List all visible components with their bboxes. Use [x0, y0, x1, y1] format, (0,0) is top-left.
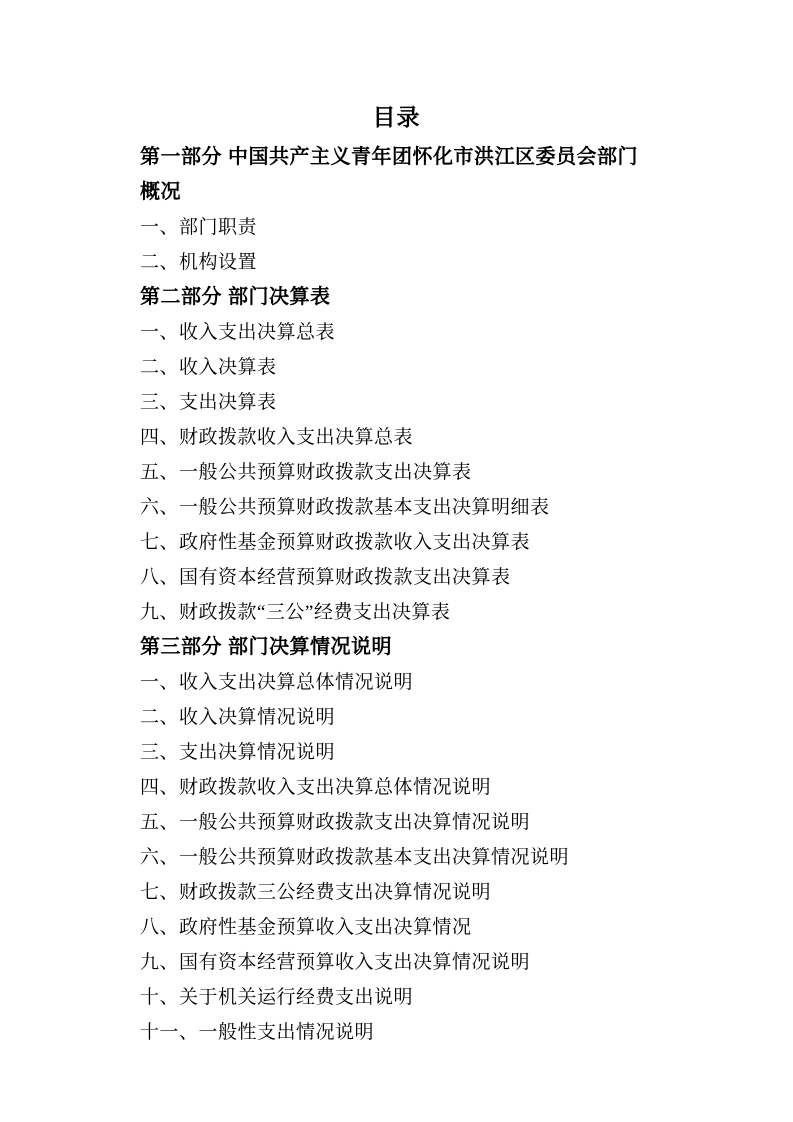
toc-section-overview: 第一部分 中国共产主义青年团怀化市洪江区委员会部门概况 一、部门职责 二、机构设… [140, 140, 653, 280]
toc-item: 一、部门职责 [140, 210, 653, 245]
toc-item: 一、收入支出决算总体情况说明 [140, 665, 653, 700]
toc-item: 二、收入决算表 [140, 350, 653, 385]
section-heading-part1: 第一部分 中国共产主义青年团怀化市洪江区委员会部门概况 [140, 140, 653, 210]
toc-item: 一、收入支出决算总表 [140, 315, 653, 350]
document-page: 目录 第一部分 中国共产主义青年团怀化市洪江区委员会部门概况 一、部门职责 二、… [0, 0, 793, 1122]
toc-title: 目录 [140, 100, 653, 135]
toc-item: 二、机构设置 [140, 245, 653, 280]
toc-item: 五、一般公共预算财政拨款支出决算情况说明 [140, 805, 653, 840]
toc-item: 七、财政拨款三公经费支出决算情况说明 [140, 875, 653, 910]
toc-item: 十、关于机关运行经费支出说明 [140, 980, 653, 1015]
toc-item: 四、财政拨款收入支出决算总表 [140, 420, 653, 455]
toc-item: 三、支出决算情况说明 [140, 735, 653, 770]
toc-item: 十一、一般性支出情况说明 [140, 1015, 653, 1050]
toc-item: 二、收入决算情况说明 [140, 700, 653, 735]
section-heading-part2: 第二部分 部门决算表 [140, 280, 653, 315]
toc-item: 八、国有资本经营预算财政拨款支出决算表 [140, 560, 653, 595]
toc-item: 三、支出决算表 [140, 385, 653, 420]
toc-item: 六、一般公共预算财政拨款基本支出决算情况说明 [140, 840, 653, 875]
toc-item: 五、一般公共预算财政拨款支出决算表 [140, 455, 653, 490]
section-heading-part3: 第三部分 部门决算情况说明 [140, 630, 653, 665]
toc-item: 七、政府性基金预算财政拨款收入支出决算表 [140, 525, 653, 560]
toc-item: 九、国有资本经营预算收入支出决算情况说明 [140, 945, 653, 980]
toc-section-explanations: 第三部分 部门决算情况说明 一、收入支出决算总体情况说明 二、收入决算情况说明 … [140, 630, 653, 1050]
toc-item: 八、政府性基金预算收入支出决算情况 [140, 910, 653, 945]
toc-section-statements: 第二部分 部门决算表 一、收入支出决算总表 二、收入决算表 三、支出决算表 四、… [140, 280, 653, 630]
toc-item: 九、财政拨款“三公”经费支出决算表 [140, 595, 653, 630]
toc-item: 六、一般公共预算财政拨款基本支出决算明细表 [140, 490, 653, 525]
toc-item: 四、财政拨款收入支出决算总体情况说明 [140, 770, 653, 805]
